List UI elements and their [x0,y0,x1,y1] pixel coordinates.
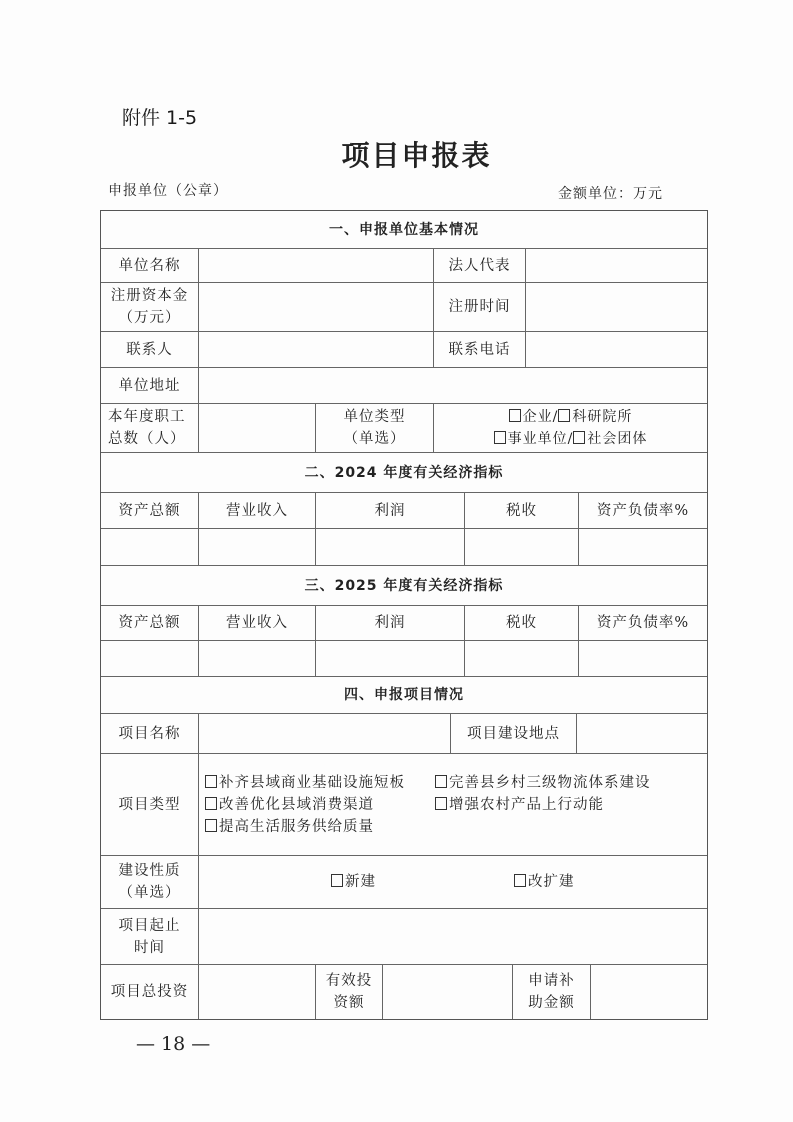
legal-rep-field[interactable] [526,249,707,283]
application-form-table: 一、申报单位基本情况 单位名称 法人代表 注册资本金 （万元） 注册时间 联系人… [100,210,708,1020]
phone-field[interactable] [526,332,707,368]
unit-type-checkbox-social-org[interactable]: 社会团体 [573,431,647,447]
effective-investment-label: 有效投 资额 [316,965,383,1019]
subsidy-amount-label: 申请补 助金额 [513,965,591,1019]
page-title: 项目申报表 [0,134,793,174]
checkbox-icon[interactable] [205,775,217,788]
contact-field[interactable] [199,332,434,368]
checkbox-icon[interactable] [514,874,526,887]
project-type-checkbox-services[interactable]: 提高生活服务供给质量 [205,816,374,838]
legal-rep-label: 法人代表 [434,249,526,283]
project-location-field[interactable] [577,714,707,754]
s2-debt-ratio-field[interactable] [579,529,707,566]
attachment-label: 附件 1-5 [122,103,197,130]
project-period-field[interactable] [199,909,707,965]
project-type-checkbox-infrastructure[interactable]: 补齐县域商业基础设施短板 [205,772,435,794]
checkbox-icon[interactable] [573,431,585,444]
checkbox-icon[interactable] [331,874,343,887]
checkbox-icon[interactable] [509,409,521,422]
s3-col-tax: 税收 [465,606,579,641]
s2-col-tax: 税收 [465,493,579,529]
checkbox-icon[interactable] [435,797,447,810]
project-type-options: 补齐县域商业基础设施短板 完善县乡村三级物流体系建设 改善优化县域消费渠道 增强… [199,754,707,856]
s3-total-assets-field[interactable] [101,641,199,677]
project-period-label: 项目起止 时间 [101,909,199,965]
construction-nature-label: 建设性质 （单选） [101,856,199,909]
unit-type-checkbox-research[interactable]: 科研院所 [558,409,632,425]
nature-checkbox-expansion[interactable]: 改扩建 [514,871,575,893]
project-type-checkbox-logistics[interactable]: 完善县乡村三级物流体系建设 [435,772,651,794]
section1-title: 一、申报单位基本情况 [101,211,707,249]
checkbox-icon[interactable] [494,431,506,444]
s3-debt-ratio-field[interactable] [579,641,707,677]
effective-investment-field[interactable] [383,965,513,1019]
staff-count-field[interactable] [199,404,316,453]
construction-nature-options: 新建 改扩建 [199,856,707,909]
unit-name-field[interactable] [199,249,434,283]
s2-tax-field[interactable] [465,529,579,566]
s2-revenue-field[interactable] [199,529,316,566]
unit-type-checkbox-enterprise[interactable]: 企业 [509,409,553,425]
project-type-checkbox-rural-products[interactable]: 增强农村产品上行动能 [435,794,604,816]
section3-title: 三、2025 年度有关经济指标 [101,566,707,606]
total-investment-label: 项目总投资 [101,965,199,1019]
s2-col-total-assets: 资产总额 [101,493,199,529]
address-label: 单位地址 [101,368,199,404]
checkbox-icon[interactable] [205,797,217,810]
s3-revenue-field[interactable] [199,641,316,677]
s2-col-revenue: 营业收入 [199,493,316,529]
s3-col-profit: 利润 [316,606,465,641]
s2-total-assets-field[interactable] [101,529,199,566]
subsidy-amount-field[interactable] [591,965,707,1019]
page-number: — 18 — [136,1033,210,1055]
s3-col-debt-ratio: 资产负债率% [579,606,707,641]
project-name-field[interactable] [199,714,451,754]
unit-type-checkbox-public-institution[interactable]: 事业单位 [494,431,568,447]
s3-col-total-assets: 资产总额 [101,606,199,641]
total-investment-field[interactable] [199,965,316,1019]
reg-capital-field[interactable] [199,283,434,332]
checkbox-icon[interactable] [435,775,447,788]
section4-title: 四、申报项目情况 [101,677,707,714]
unit-name-label: 单位名称 [101,249,199,283]
checkbox-icon[interactable] [205,819,217,832]
unit-type-label: 单位类型 （单选） [316,404,434,453]
reg-time-field[interactable] [526,283,707,332]
applicant-seal-label: 申报单位（公章） [108,180,228,200]
staff-count-label: 本年度职工 总数（人） [101,404,199,453]
project-type-label: 项目类型 [101,754,199,856]
s2-col-profit: 利润 [316,493,465,529]
reg-time-label: 注册时间 [434,283,526,332]
s3-tax-field[interactable] [465,641,579,677]
s2-profit-field[interactable] [316,529,465,566]
amount-unit-label: 金额单位：万元 [558,183,663,203]
project-name-label: 项目名称 [101,714,199,754]
address-field[interactable] [199,368,707,404]
s3-profit-field[interactable] [316,641,465,677]
reg-capital-label: 注册资本金 （万元） [101,283,199,332]
unit-type-options: 企业/科研院所 事业单位/社会团体 [434,404,707,453]
contact-label: 联系人 [101,332,199,368]
project-location-label: 项目建设地点 [451,714,577,754]
nature-checkbox-new[interactable]: 新建 [331,871,376,893]
s3-col-revenue: 营业收入 [199,606,316,641]
phone-label: 联系电话 [434,332,526,368]
checkbox-icon[interactable] [558,409,570,422]
s2-col-debt-ratio: 资产负债率% [579,493,707,529]
project-type-checkbox-consumption[interactable]: 改善优化县域消费渠道 [205,794,435,816]
section2-title: 二、2024 年度有关经济指标 [101,453,707,493]
